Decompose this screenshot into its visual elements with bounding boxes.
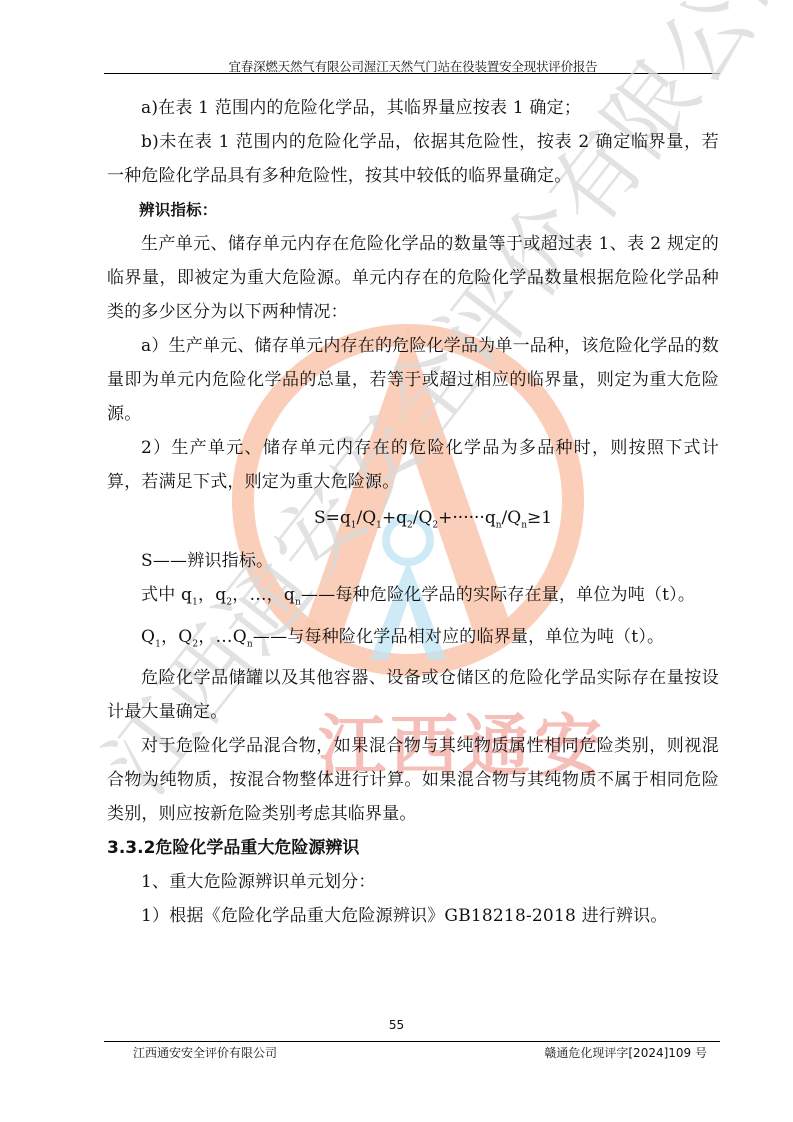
footer-divider: [104, 1041, 720, 1042]
header-divider: [104, 73, 720, 74]
label-identification-index: 辨识指标：: [107, 193, 719, 227]
footer-company: 江西通安安全评价有限公司: [133, 1044, 277, 1061]
paragraph-q-definition: 式中 q1，q2，…，qn——每种危险化学品的实际存在量，单位为吨（t）。: [107, 578, 719, 619]
paragraph-mixtures: 对于危险化学品混合物，如果混合物与其纯物质属性相同危险类别，则视混合物为纯物质，…: [107, 729, 719, 831]
document-body: a)在表 1 范围内的危险化学品，其临界量应按表 1 确定； b)未在表 1 范…: [107, 91, 719, 933]
list-item-unit-division: 1、重大危险源辨识单元划分：: [107, 865, 719, 899]
paragraph-single-chemical: a）生产单元、储存单元内存在的危险化学品为单一品种，该危险化学品的数量即为单元内…: [107, 329, 719, 431]
paragraph-a-table1: a)在表 1 范围内的危险化学品，其临界量应按表 1 确定；: [107, 91, 719, 125]
formula-s-index: S=q1/Q1+q2/Q2+······qn/Qn≥1: [107, 499, 719, 544]
paragraph-Q-definition: Q1，Q2，…Qn——与每种险化学品相对应的临界量，单位为吨（t）。: [107, 620, 719, 661]
paragraph-major-hazard-definition: 生产单元、储存单元内存在危险化学品的数量等于或超过表 1、表 2 规定的临界量，…: [107, 227, 719, 329]
paragraph-s-definition: S——辨识指标。: [107, 544, 719, 578]
page-number: 55: [0, 1018, 793, 1032]
paragraph-multi-chemical: 2）生产单元、储存单元内存在的危险化学品为多品种时，则按照下式计算，若满足下式，…: [107, 431, 719, 499]
footer-doc-number: 赣通危化现评字[2024]109 号: [544, 1044, 707, 1061]
paragraph-b-table2: b)未在表 1 范围内的危险化学品，依据其危险性，按表 2 确定临界量，若一种危…: [107, 125, 719, 193]
list-item-gb18218: 1）根据《危险化学品重大危险源辨识》GB18218-2018 进行辨识。: [107, 899, 719, 933]
paragraph-storage-quantity: 危险化学品储罐以及其他容器、设备或仓储区的危险化学品实际存在量按设计最大量确定。: [107, 661, 719, 729]
section-heading-3-3-2: 3.3.2危险化学品重大危险源辨识: [107, 831, 719, 865]
